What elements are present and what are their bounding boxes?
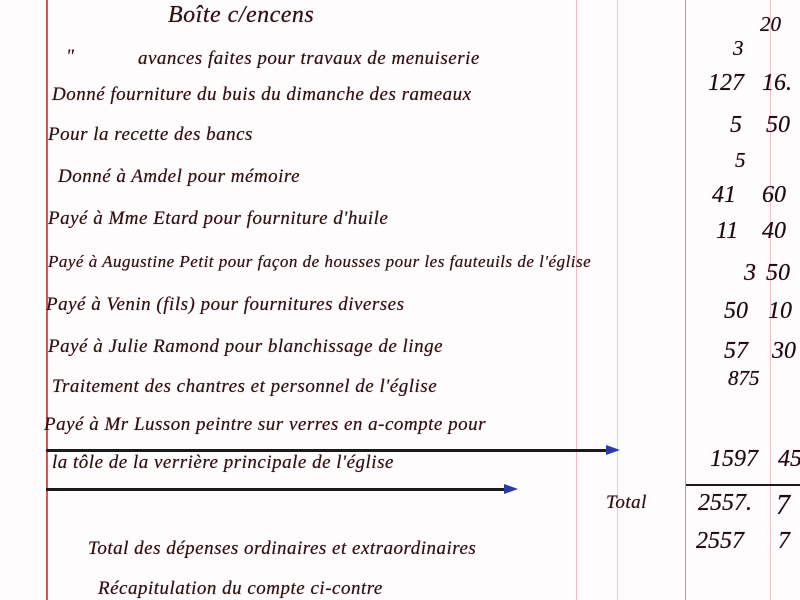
total-label: Total xyxy=(606,492,647,514)
entry-text: Donné à Amdel pour mémoire xyxy=(58,166,300,188)
amount-frac: 60 xyxy=(762,182,786,209)
amount-whole: 41 xyxy=(712,182,736,209)
entry-text: Payé à Venin (fils) pour fournitures div… xyxy=(46,294,404,316)
amount-frac: 40 xyxy=(762,218,786,245)
arrow-line xyxy=(46,449,608,452)
entry-text: Pour la recette des bancs xyxy=(48,124,253,146)
entry-text: Payé à Julie Ramond pour blanchissage de… xyxy=(48,336,443,358)
arrow-head-icon xyxy=(504,484,518,494)
amount-frac: 20 xyxy=(760,12,781,37)
entry-text: Traitement des chantres et personnel de … xyxy=(52,376,437,398)
amount-whole: 1597 xyxy=(710,446,758,473)
page-title: Boîte c/encens xyxy=(168,2,314,29)
amount-whole: 127 xyxy=(708,70,744,97)
amount-whole: 50 xyxy=(724,298,748,325)
amount-whole: 3 xyxy=(744,260,756,287)
entry-text: Payé à Augustine Petit pour façon de hou… xyxy=(48,252,591,272)
amount-frac: 50 xyxy=(766,260,790,287)
entry-text: Payé à Mme Etard pour fourniture d'huile xyxy=(48,208,388,230)
amount-whole: 11 xyxy=(716,218,738,245)
entry-text: Payé à Mr Lusson peintre sur verres en a… xyxy=(44,414,486,436)
total-amount-frac: 7 xyxy=(776,490,790,522)
amount-whole: 57 xyxy=(724,338,748,365)
column-rule xyxy=(685,0,686,600)
amount-frac: 30 xyxy=(772,338,796,365)
entry-text: la tôle de la verrière principale de l'é… xyxy=(52,452,394,474)
summary-text: Récapitulation du compte ci-contre xyxy=(98,578,383,600)
total-amount-whole: 2557. xyxy=(698,490,752,517)
amount-frac: 10 xyxy=(768,298,792,325)
arrow-head-icon xyxy=(606,445,620,455)
amount-whole: 5 xyxy=(730,112,742,139)
ledger-page: Boîte c/encens " avances faites pour tra… xyxy=(0,0,800,600)
amount-whole: 875 xyxy=(728,366,760,391)
summary-amount-frac: 7 xyxy=(778,528,790,555)
amount-whole: 5 xyxy=(735,148,746,173)
amount-whole: 3 xyxy=(733,36,744,61)
summary-text: Total des dépenses ordinaires et extraor… xyxy=(88,538,476,560)
sum-rule xyxy=(686,484,800,486)
amount-frac: 50 xyxy=(766,112,790,139)
amount-frac: 45 xyxy=(778,446,800,473)
entry-text: avances faites pour travaux de menuiseri… xyxy=(138,48,480,70)
arrow-line xyxy=(46,488,506,491)
ditto-mark: " xyxy=(66,46,74,68)
amount-frac: 16. xyxy=(762,70,792,97)
summary-amount-whole: 2557 xyxy=(696,528,744,555)
entry-text: Donné fourniture du buis du dimanche des… xyxy=(52,84,472,106)
column-rule xyxy=(576,0,577,600)
